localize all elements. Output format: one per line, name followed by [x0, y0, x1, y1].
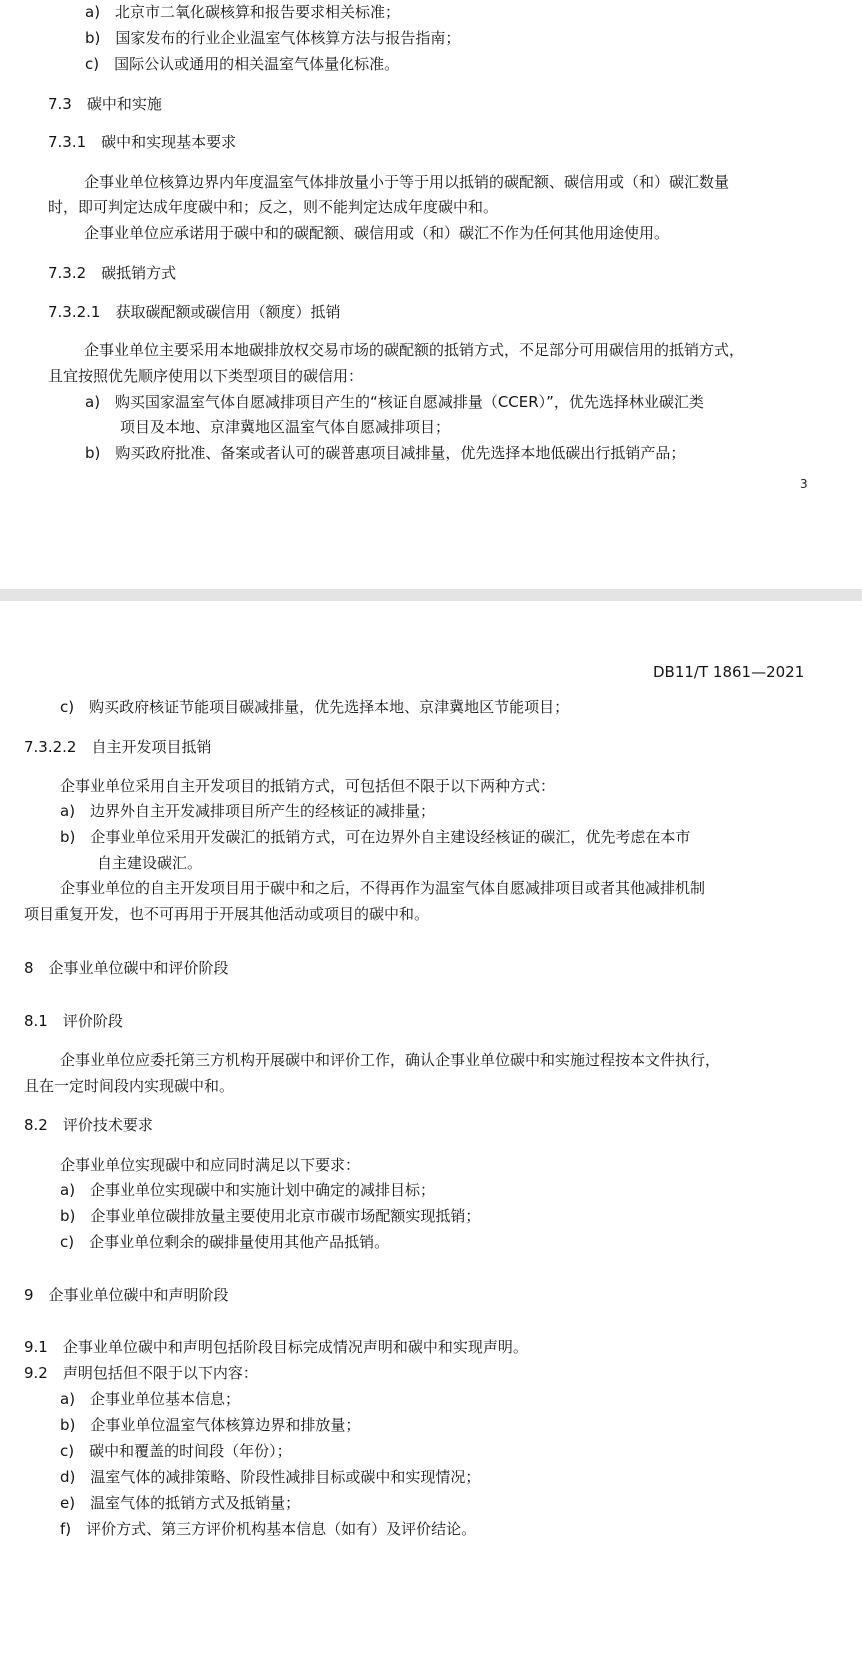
text-line: d) 温室气体的减排策略、阶段性减排目标或碳中和实现情况； [60, 1467, 480, 1487]
text-line: a) 购买国家温室气体自愿减排项目产生的“核证自愿减排量（CCER）”，优先选择… [85, 392, 704, 412]
text-line: 8.2 评价技术要求 [24, 1115, 153, 1135]
text-line: 项目及本地、京津冀地区温室气体自愿减排项目； [120, 417, 450, 437]
text-line: 企事业单位核算边界内年度温室气体排放量小于等于用以抵销的碳配额、碳信用或（和）碳… [84, 172, 729, 192]
text-line: 企事业单位主要采用本地碳排放权交易市场的碳配额的抵销方式，不足部分可用碳信用的抵… [84, 340, 744, 360]
text-line: a) 边界外自主开发减排项目所产生的经核证的减排量； [60, 801, 435, 821]
document-page-1 [0, 0, 862, 589]
text-line: 企事业单位应委托第三方机构开展碳中和评价工作，确认企事业单位碳中和实施过程按本文… [60, 1050, 720, 1070]
document-standard-code: DB11/T 1861—2021 [653, 663, 804, 681]
page-separator [0, 589, 862, 601]
text-line: 时，即可判定达成年度碳中和；反之，则不能判定达成年度碳中和。 [48, 197, 498, 217]
text-line: b) 企事业单位碳排放量主要使用北京市碳市场配额实现抵销； [60, 1206, 480, 1226]
text-line: 且在一定时间段内实现碳中和。 [24, 1076, 234, 1096]
text-line: 7.3.2.1 获取碳配额或碳信用（额度）抵销 [48, 302, 340, 322]
text-line: 9.2 声明包括但不限于以下内容： [24, 1363, 258, 1383]
text-line: 企事业单位实现碳中和应同时满足以下要求： [60, 1155, 360, 1175]
text-line: 8 企事业单位碳中和评价阶段 [24, 958, 229, 978]
text-line: a) 企事业单位实现碳中和实施计划中确定的减排目标； [60, 1180, 435, 1200]
text-line: 自主建设碳汇。 [97, 853, 202, 873]
text-line: c) 国际公认或通用的相关温室气体量化标准。 [85, 54, 399, 74]
text-line: c) 企事业单位剩余的碳排量使用其他产品抵销。 [60, 1232, 389, 1252]
text-line: b) 企事业单位温室气体核算边界和排放量； [60, 1415, 360, 1435]
text-line: c) 购买政府核证节能项目碳减排量，优先选择本地、京津冀地区节能项目； [60, 697, 569, 717]
text-line: f) 评价方式、第三方评价机构基本信息（如有）及评价结论。 [60, 1519, 476, 1539]
text-line: 7.3.2.2 自主开发项目抵销 [24, 737, 211, 757]
text-line: 企事业单位应承诺用于碳中和的碳配额、碳信用或（和）碳汇不作为任何其他用途使用。 [84, 223, 669, 243]
text-line: 9 企事业单位碳中和声明阶段 [24, 1285, 229, 1305]
text-line: 7.3.1 碳中和实现基本要求 [48, 132, 236, 152]
text-line: 且宜按照优先顺序使用以下类型项目的碳信用： [48, 366, 363, 386]
text-line: b) 购买政府批准、备案或者认可的碳普惠项目减排量，优先选择本地低碳出行抵销产品… [85, 443, 685, 463]
page-number: 3 [800, 477, 808, 491]
text-line: b) 企事业单位采用开发碳汇的抵销方式，可在边界外自主建设经核证的碳汇，优先考虑… [60, 827, 690, 847]
text-line: 9.1 企事业单位碳中和声明包括阶段目标完成情况声明和碳中和实现声明。 [24, 1337, 528, 1357]
text-line: 项目重复开发，也不可再用于开展其他活动或项目的碳中和。 [24, 904, 429, 924]
text-line: 7.3 碳中和实施 [48, 94, 162, 114]
text-line: c) 碳中和覆盖的时间段（年份）； [60, 1441, 292, 1461]
text-line: 8.1 评价阶段 [24, 1011, 123, 1031]
text-line: 7.3.2 碳抵销方式 [48, 263, 176, 283]
text-line: 企事业单位采用自主开发项目的抵销方式，可包括但不限于以下两种方式： [60, 776, 555, 796]
text-line: a) 企事业单位基本信息； [60, 1389, 240, 1409]
text-line: e) 温室气体的抵销方式及抵销量； [60, 1493, 300, 1513]
text-line: 企事业单位的自主开发项目用于碳中和之后，不得再作为温室气体自愿减排项目或者其他减… [60, 878, 705, 898]
text-line: b) 国家发布的行业企业温室气体核算方法与报告指南； [85, 28, 460, 48]
text-line: a) 北京市二氧化碳核算和报告要求相关标准； [85, 2, 400, 22]
